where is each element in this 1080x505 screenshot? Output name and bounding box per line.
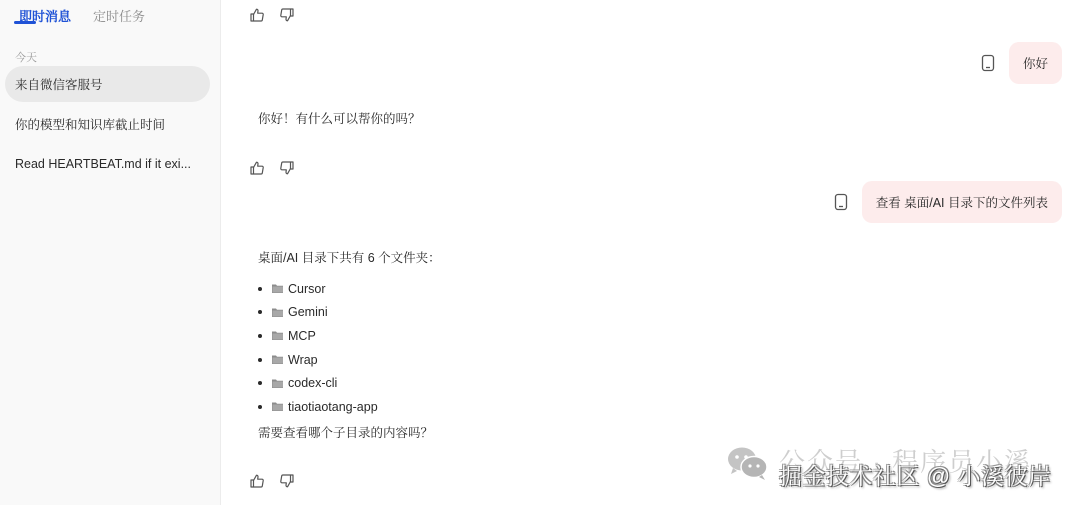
bullet (258, 334, 262, 338)
thumbs-down-icon[interactable] (279, 7, 295, 23)
conversation-title: Read HEARTBEAT.md if it exi... (15, 157, 191, 171)
chat-app: 即时消息 定时任务 今天 来自微信客服号 你的模型和知识库截止时间 Read H… (0, 0, 1080, 505)
folder-list-item: MCP (258, 324, 378, 348)
user-message-bubble: 查看 桌面/AI 目录下的文件列表 (862, 181, 1062, 223)
message-text: 你好！有什么可以帮你的吗？ (258, 112, 421, 126)
section-label-today: 今天 (15, 49, 37, 65)
message-feedback (249, 7, 295, 23)
bullet (258, 287, 262, 291)
bullet (258, 381, 262, 385)
user-message-bubble: 你好 (1009, 42, 1062, 84)
folder-icon (271, 283, 284, 294)
folder-icon (271, 378, 284, 389)
folder-list-item: Cursor (258, 277, 378, 301)
message-feedback (249, 160, 295, 176)
folder-name: MCP (288, 329, 316, 343)
thumbs-down-icon[interactable] (279, 160, 295, 176)
user-message: 你好 (981, 42, 1062, 84)
tab-scheduled-tasks[interactable]: 定时任务 (93, 9, 145, 25)
phone-icon (981, 54, 995, 72)
thumbs-up-icon[interactable] (249, 473, 265, 489)
conversation-item[interactable]: 来自微信客服号 (5, 66, 210, 102)
phone-icon (834, 193, 848, 211)
folder-name: codex-cli (288, 376, 337, 390)
folder-name: Cursor (288, 282, 326, 296)
conversation-item[interactable]: Read HEARTBEAT.md if it exi... (5, 146, 210, 182)
message-text: 桌面/AI 目录下共有 6 个文件夹： (258, 251, 441, 265)
folder-list-item: tiaotiaotang-app (258, 395, 378, 419)
folder-list-item: Gemini (258, 301, 378, 325)
message-text: 需要查看哪个子目录的内容吗？ (258, 426, 433, 440)
folder-list-item: codex-cli (258, 371, 378, 395)
assistant-message-intro: 桌面/AI 目录下共有 6 个文件夹： (258, 250, 441, 266)
conversation-title: 来自微信客服号 (15, 75, 103, 93)
folder-name: tiaotiaotang-app (288, 400, 378, 414)
message-text: 查看 桌面/AI 目录下的文件列表 (876, 193, 1048, 211)
message-text: 你好 (1023, 54, 1048, 72)
folder-icon (271, 354, 284, 365)
user-message: 查看 桌面/AI 目录下的文件列表 (834, 181, 1062, 223)
folder-icon (271, 307, 284, 318)
folder-list: Cursor Gemini MCP Wr (258, 277, 378, 419)
chat-pane: 你好 你好！有什么可以帮你的吗？ 查看 桌面/AI 目录下的文件列表 (221, 0, 1080, 505)
assistant-message-outro: 需要查看哪个子目录的内容吗？ (258, 425, 433, 441)
thumbs-up-icon[interactable] (249, 160, 265, 176)
folder-icon (271, 330, 284, 341)
tab-label: 定时任务 (93, 9, 145, 24)
bullet (258, 310, 262, 314)
folder-name: Gemini (288, 305, 328, 319)
folder-list-item: Wrap (258, 348, 378, 372)
bullet (258, 358, 262, 362)
bullet (258, 405, 262, 409)
thumbs-down-icon[interactable] (279, 473, 295, 489)
sidebar: 即时消息 定时任务 今天 来自微信客服号 你的模型和知识库截止时间 Read H… (0, 0, 221, 505)
conversation-list: 来自微信客服号 你的模型和知识库截止时间 Read HEARTBEAT.md i… (5, 66, 210, 186)
assistant-message: 你好！有什么可以帮你的吗？ (258, 111, 421, 127)
conversation-title: 你的模型和知识库截止时间 (15, 115, 165, 133)
thumbs-up-icon[interactable] (249, 7, 265, 23)
sidebar-tabs: 即时消息 定时任务 (19, 9, 145, 25)
message-feedback (249, 473, 295, 489)
folder-name: Wrap (288, 353, 318, 367)
active-tab-indicator (14, 21, 36, 24)
folder-icon (271, 401, 284, 412)
conversation-item[interactable]: 你的模型和知识库截止时间 (5, 106, 210, 142)
